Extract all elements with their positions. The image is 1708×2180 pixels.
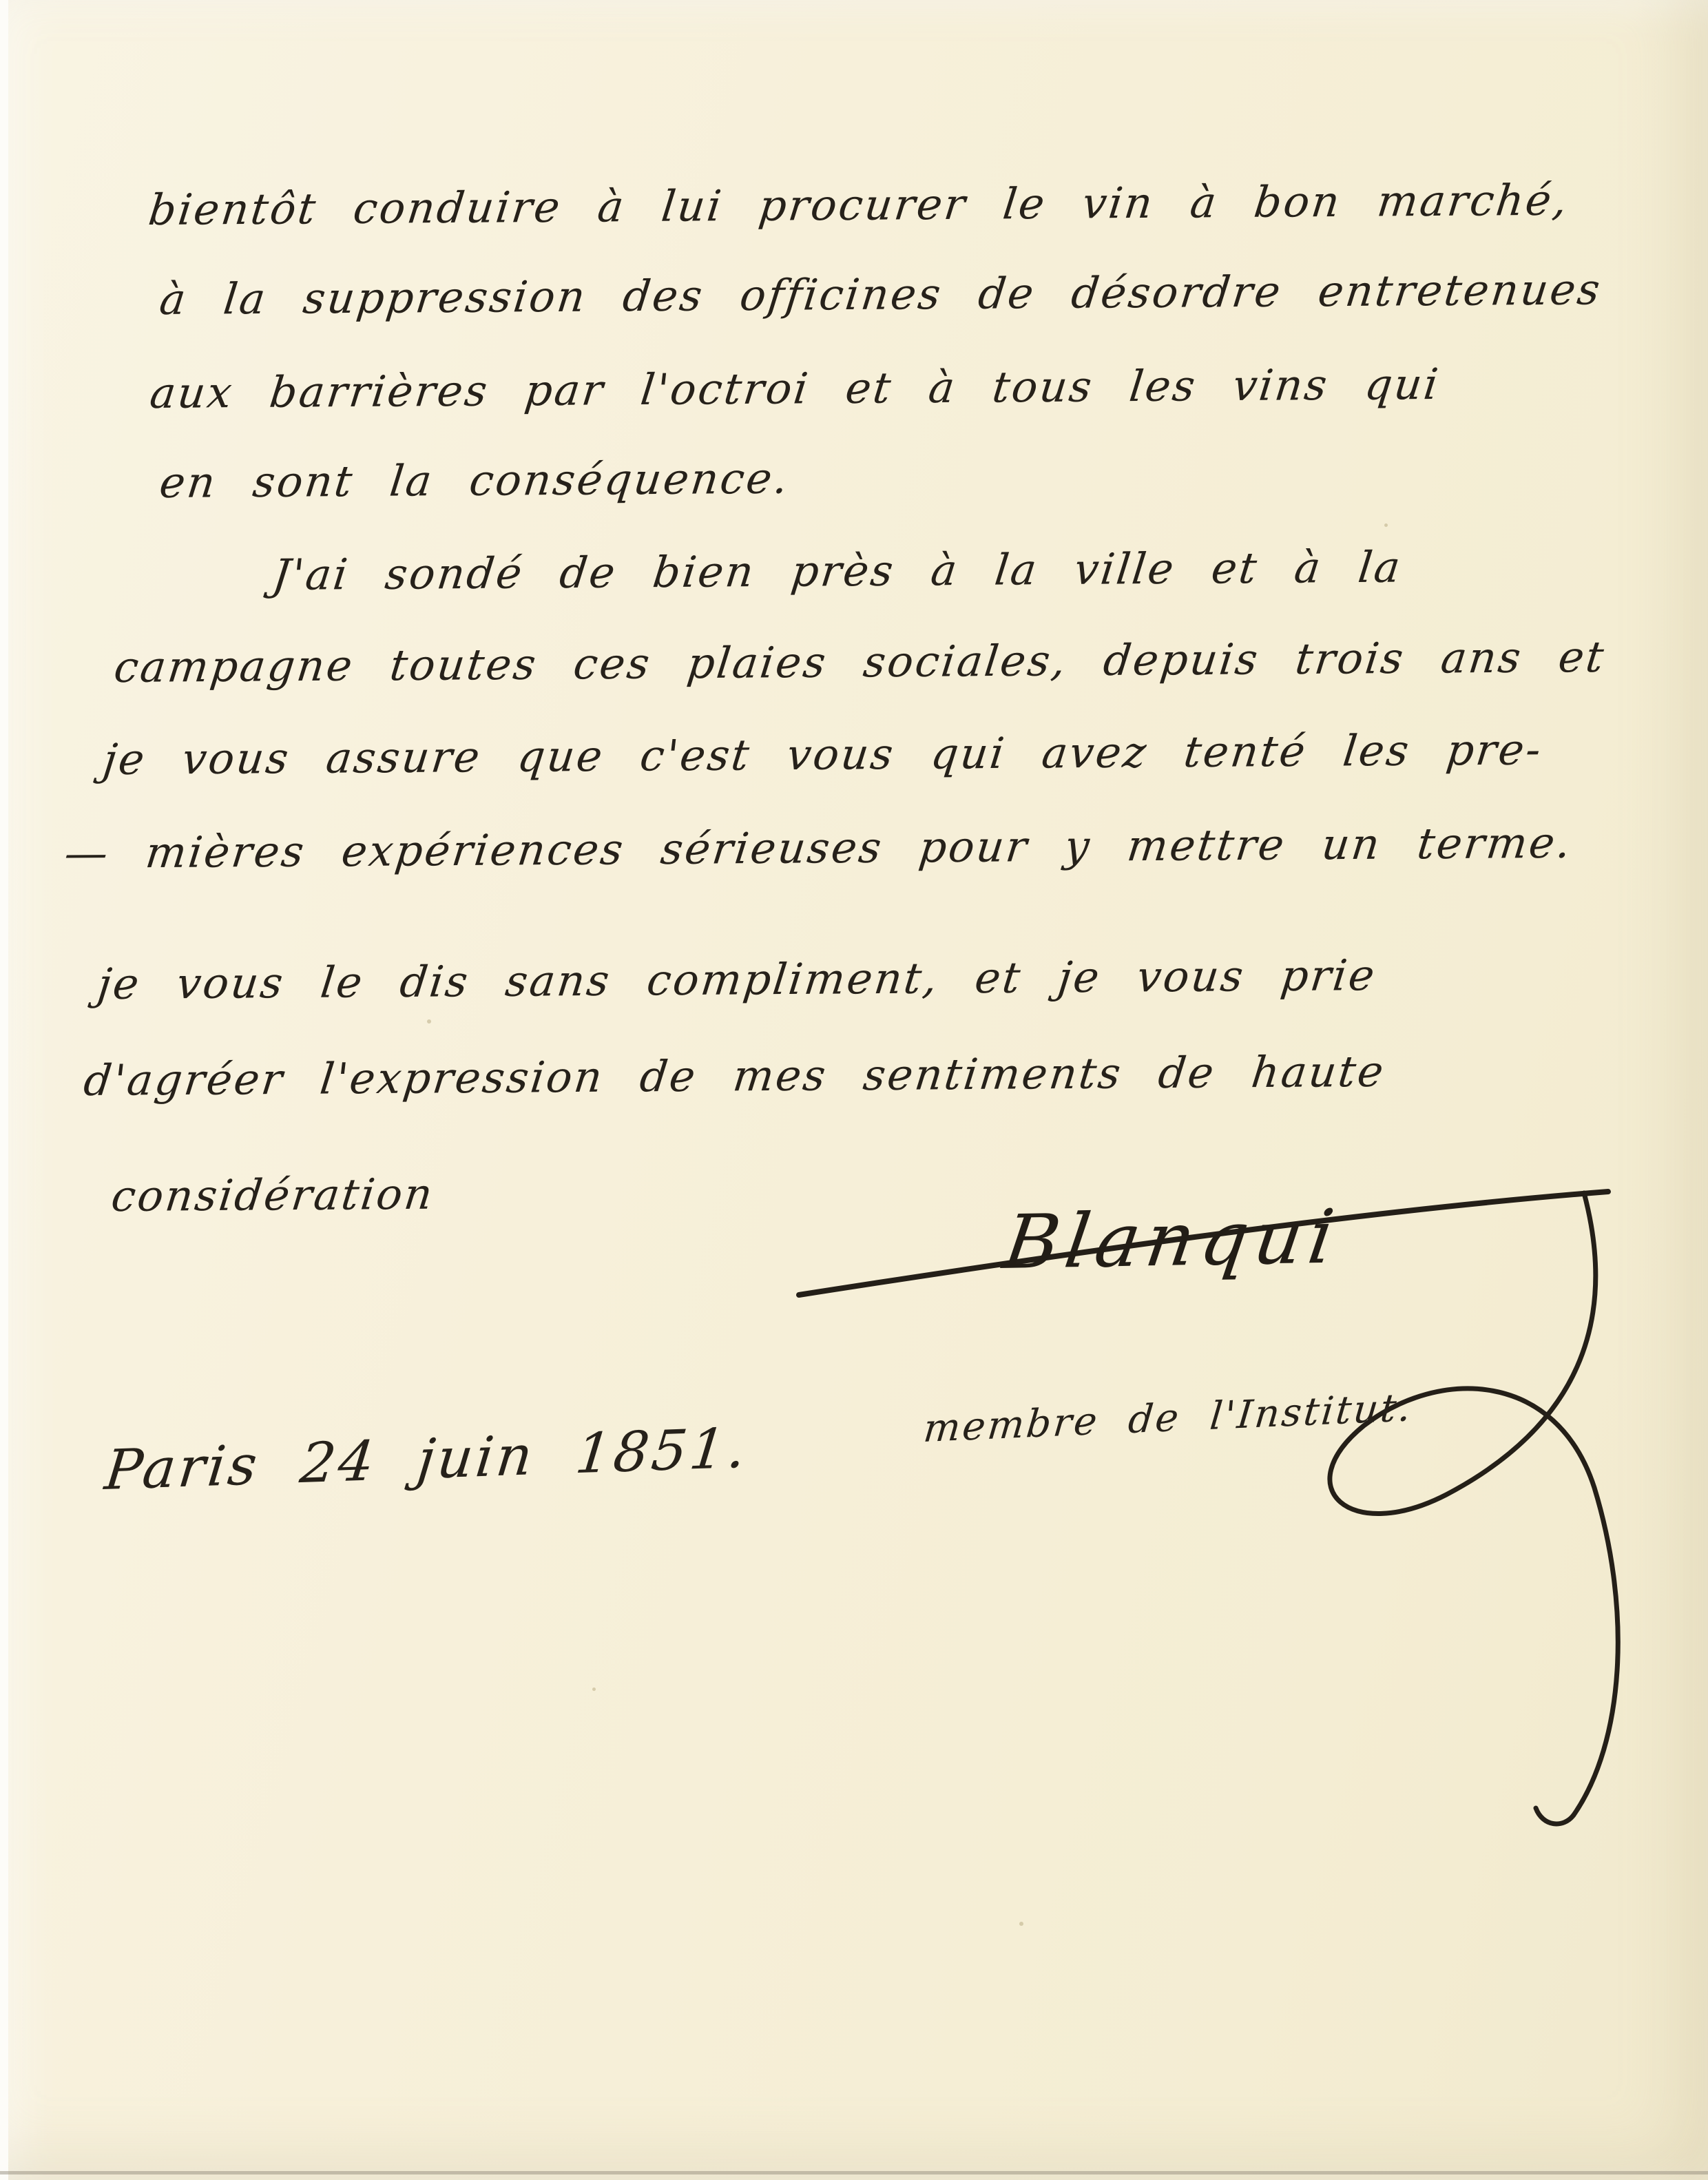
signature: Blanqui	[999, 1194, 1345, 1286]
letter-line: je vous le dis sans compliment, et je vo…	[95, 950, 1379, 1009]
signature-title: membre de l'Institut.	[921, 1385, 1415, 1451]
letter-line: aux barrières par l'octroi et à tous les…	[147, 359, 1443, 418]
letter-line: à la suppression des officines de désord…	[157, 264, 1605, 324]
letter-line: bientôt conduire à lui procurer le vin à…	[146, 175, 1572, 235]
letter-line: J'ai sondé de bien près à la ville et à …	[270, 542, 1405, 600]
paper-speck	[592, 1688, 596, 1691]
place-date-line: Paris 24 juin 1851.	[102, 1416, 751, 1502]
letter-line: — mières expériences sérieuses pour y me…	[62, 818, 1575, 878]
paper-speck	[1019, 1922, 1023, 1926]
letter-line: en sont la conséquence.	[157, 453, 793, 508]
letter-page: bientôt conduire à lui procurer le vin à…	[0, 0, 1708, 2180]
paper-speck	[1384, 523, 1388, 527]
letter-line: campagne toutes ces plaies sociales, dep…	[112, 632, 1608, 692]
scan-edge-bottom	[0, 2171, 1708, 2174]
paper-speck	[427, 1019, 431, 1024]
letter-line: je vous assure que c'est vous qui avez t…	[101, 724, 1545, 785]
letter-line: considération	[109, 1169, 437, 1221]
scan-edge-left	[0, 0, 8, 2180]
letter-line: d'agréer l'expression de mes sentiments …	[81, 1046, 1388, 1105]
